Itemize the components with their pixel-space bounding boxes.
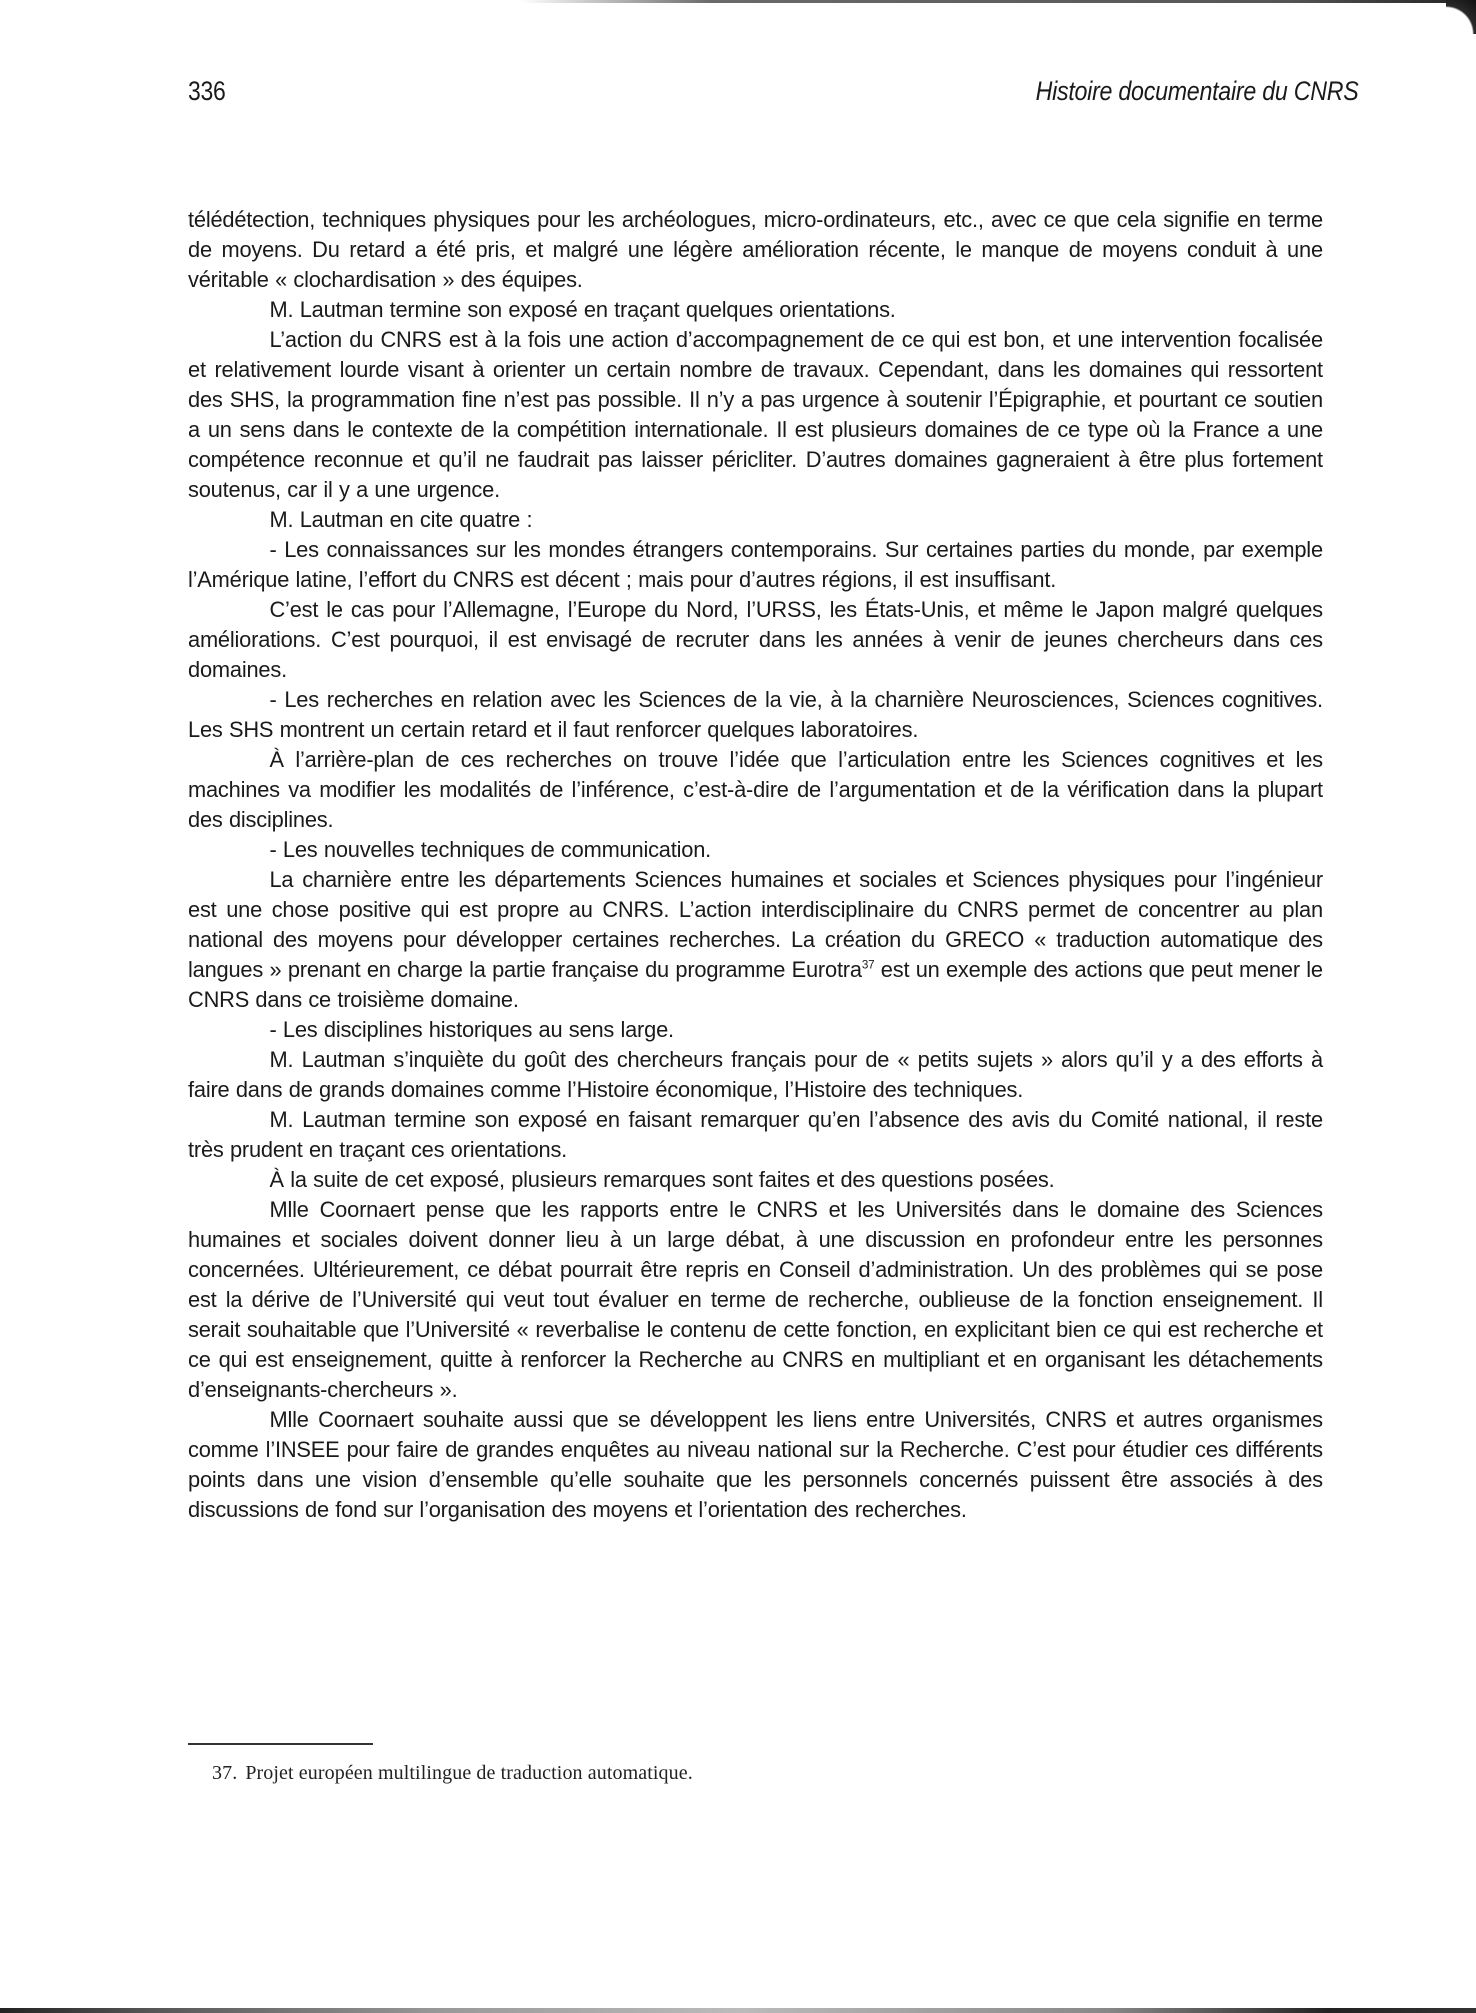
running-head: 336 Histoire documentaire du CNRS <box>188 76 1358 116</box>
paragraph: L’action du CNRS est à la fois une actio… <box>188 325 1323 505</box>
body-text: télédétection, techniques physiques pour… <box>188 205 1358 1525</box>
list-item-paragraph: - Les connaissances sur les mondes étran… <box>188 535 1323 595</box>
footnote-divider <box>188 1743 373 1745</box>
scan-page-corner <box>1446 0 1476 34</box>
paragraph: À la suite de cet exposé, plusieurs rema… <box>188 1165 1323 1195</box>
list-item-paragraph: - Les recherches en relation avec les Sc… <box>188 685 1323 745</box>
list-item-paragraph: - Les nouvelles techniques de communicat… <box>188 835 1323 865</box>
paragraph: M. Lautman termine son exposé en faisant… <box>188 1105 1323 1165</box>
scan-edge-top <box>520 0 1476 3</box>
paragraph: C’est le cas pour l’Allemagne, l’Europe … <box>188 595 1323 685</box>
scan-edge-bottom <box>0 2008 1476 2013</box>
footnote: 37.Projet européen multilingue de traduc… <box>212 1762 693 1785</box>
page-number: 336 <box>188 76 226 107</box>
footnote-text: Projet européen multilingue de traductio… <box>245 1762 693 1784</box>
paragraph: M. Lautman s’inquiète du goût des cherch… <box>188 1045 1323 1105</box>
paragraph: Mlle Coornaert souhaite aussi que se dév… <box>188 1405 1323 1525</box>
paragraph: La charnière entre les départements Scie… <box>188 865 1323 1015</box>
paragraph: À l’arrière-plan de ces recherches on tr… <box>188 745 1323 835</box>
footnote-reference[interactable]: 37 <box>862 958 875 972</box>
paragraph: M. Lautman en cite quatre : <box>188 505 1323 535</box>
book-title: Histoire documentaire du CNRS <box>1035 76 1358 107</box>
paragraph: télédétection, techniques physiques pour… <box>188 205 1323 295</box>
paragraph: M. Lautman termine son exposé en traçant… <box>188 295 1323 325</box>
list-item-paragraph: - Les disciplines historiques au sens la… <box>188 1015 1323 1045</box>
paragraph: Mlle Coornaert pense que les rapports en… <box>188 1195 1323 1405</box>
footnote-number: 37. <box>212 1762 237 1784</box>
